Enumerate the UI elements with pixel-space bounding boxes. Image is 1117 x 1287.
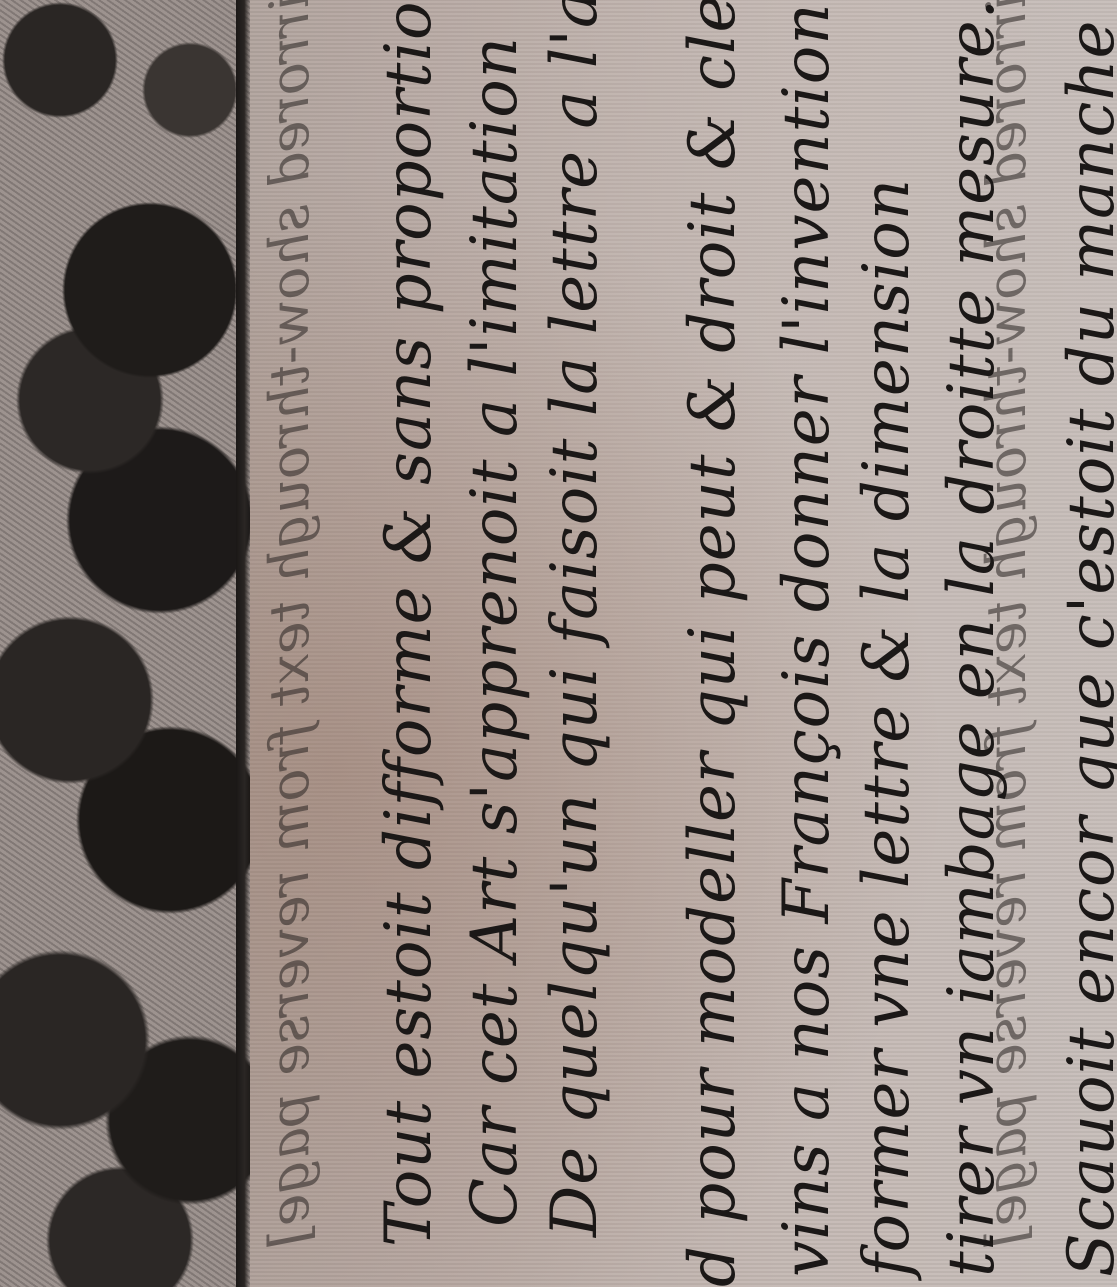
verse-line-1: Tout estoit difforme & sans proportion xyxy=(372,0,446,1247)
rotated-text-block: [mirrored show-through text from reverse… xyxy=(0,0,1117,1287)
verse-line-4: d pour modeller qui peut & droit & cler … xyxy=(676,0,750,1287)
verse-line-7: tirer vn iambage en la droitte mesure. d… xyxy=(935,0,1009,1277)
verse-line-2: Car cet Art s'apprenoit a l'imitation xyxy=(458,36,532,1227)
verse-line-8: Scauoit encor que c'estoit du manche xyxy=(1055,20,1117,1277)
verse-line-6: former vne lettre & la dimension xyxy=(850,178,924,1277)
verse-line-3: De quelqu'un qui faisoit la lettre a l'a… xyxy=(538,0,612,1237)
show-through-line: [mirrored show-through text from reverse… xyxy=(258,0,321,1247)
verse-line-5: vins a nos François donner l'invention xyxy=(770,2,844,1277)
